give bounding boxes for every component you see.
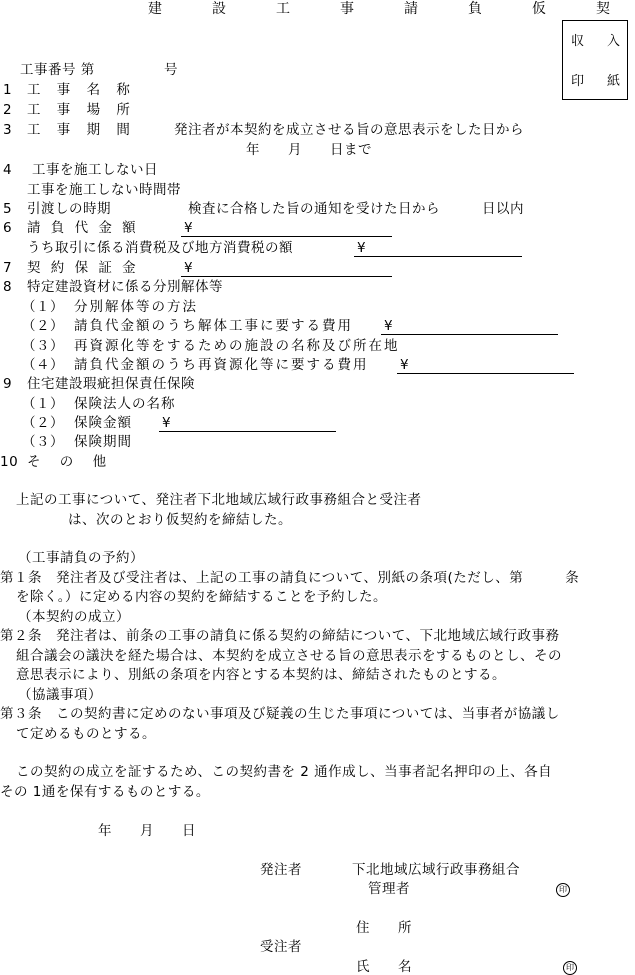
article-text: て定めるものとする。 [16, 728, 156, 742]
consumption-tax-field[interactable] [354, 256, 522, 257]
article-heading: （工事請負の予約） [18, 552, 144, 566]
orderer-title: 管理者 [368, 883, 410, 897]
address-label: 住 所 [356, 922, 412, 936]
orderer-label: 発注者 [260, 864, 302, 878]
article-label: 第２条 [0, 630, 42, 644]
yen-sign: ¥ [357, 242, 366, 256]
orderer-seal-icon: 印 [556, 883, 570, 897]
closing-line-1: この契約の成立を証するため、この契約書を 2 通作成し、当事者記名押印の上、各自 [16, 766, 552, 780]
yen-sign: ¥ [184, 222, 193, 236]
article-label: 第１条 [0, 572, 42, 586]
subitem-number: （１） [22, 301, 64, 315]
item-number: 7 [3, 262, 12, 276]
stamp-char: 紙 [607, 75, 620, 88]
item-label-other: そ の 他 [27, 456, 107, 470]
contract-date: 年 月 日 [98, 825, 196, 839]
revenue-stamp-box: 収 入 印 紙 [562, 20, 628, 100]
subitem-number: （３） [22, 340, 64, 354]
item-number: 4 [3, 164, 12, 178]
item-number: 9 [3, 378, 12, 392]
intro-line-1: 上記の工事について、発注者下北地域広域行政事務組合と受注者 [16, 494, 421, 508]
item-number: 3 [3, 124, 12, 138]
yen-sign: ¥ [184, 262, 193, 276]
closing-line-2: その 1通を保有するものとする。 [0, 786, 210, 800]
subitem-number: （１） [22, 398, 64, 412]
stamp-char: 印 [571, 75, 584, 88]
subitem-label: 請負代金額のうち再資源化等に要する費用 [74, 359, 369, 373]
subitem-label: 保険期間 [74, 436, 132, 450]
article-text: を除く。）に定める内容の契約を締結することを予約した。 [16, 591, 387, 605]
item-label-non-work-hours: 工事を施工しない時間帯 [27, 184, 181, 198]
item-label-demolition: 特定建設資材に係る分別解体等 [27, 281, 223, 295]
intro-line-2: は、次のとおり仮契約を締結した。 [68, 514, 292, 528]
work-number-prefix: 工事番号 第 [20, 64, 95, 78]
orderer-name: 下北地域広域行政事務組合 [352, 864, 520, 878]
contractor-label: 受注者 [260, 941, 302, 955]
work-period-end: 年 月 日まで [246, 144, 372, 158]
item-label-work-site: 工 事 場 所 [27, 104, 136, 118]
article-heading: （協議事項） [18, 689, 102, 703]
item-number: 2 [3, 104, 12, 118]
stamp-char: 入 [607, 35, 620, 48]
item-number: 10 [0, 456, 18, 470]
item-number: 6 [3, 222, 12, 236]
item-label-non-work-days: 工事を施工しない日 [32, 164, 158, 178]
article-heading: （本契約の成立） [18, 611, 130, 625]
yen-sign: ¥ [162, 417, 171, 431]
recycling-cost-field[interactable] [397, 373, 574, 374]
item-number: 1 [3, 84, 12, 98]
article-label: 第３条 [0, 708, 42, 722]
subitem-number: （２） [22, 320, 64, 334]
subitem-label: 保険金額 [74, 417, 132, 431]
item-label-consumption-tax: うち取引に係る消費税及び地方消費税の額 [27, 242, 293, 256]
article-text: 組合議会の議決を経た場合は、本契約を成立させる旨の意思表示をするものとし、その [16, 650, 562, 664]
article-text: 意思表示により、別紙の条項を内容とする本契約は、締結されたものとする。 [16, 669, 506, 683]
item-label-contract-amount: 請 負 代 金 額 [27, 222, 139, 236]
work-period-start: 発注者が本契約を成立させる旨の意思表示をした日から [174, 124, 524, 138]
work-number-suffix: 号 [164, 64, 178, 78]
article-text: 発注者及び受注者は、上記の工事の請負について、別紙の条項(ただし、第 条 [56, 572, 579, 586]
insurance-amount-field[interactable] [159, 431, 336, 432]
item-label-contract-deposit: 契 約 保 証 金 [27, 262, 139, 276]
item-label-delivery-time: 引渡しの時期 [27, 203, 111, 217]
item-label-defect-insurance: 住宅建設瑕疵担保責任保険 [27, 378, 195, 392]
item-number: 8 [3, 281, 12, 295]
item-number: 5 [3, 203, 12, 217]
yen-sign: ¥ [384, 320, 393, 334]
subitem-number: （２） [22, 417, 64, 431]
item-label-work-name: 工 事 名 称 [27, 84, 136, 98]
article-text: 発注者は、前条の工事の請負に係る契約の締結について、下北地域広域行政事務 [56, 630, 559, 644]
item-label-work-period: 工 事 期 間 [27, 124, 136, 138]
subitem-label: 保険法人の名称 [74, 398, 176, 412]
subitem-number: （４） [22, 359, 64, 373]
subitem-label: 請負代金額のうち解体工事に要する費用 [74, 320, 353, 334]
subitem-label: 分別解体等の方法 [74, 301, 198, 315]
demolition-cost-field[interactable] [381, 334, 558, 335]
delivery-time-value: 検査に合格した旨の通知を受けた日から 日以内 [188, 203, 524, 217]
name-label: 氏 名 [356, 961, 412, 975]
contract-amount-field[interactable] [181, 236, 392, 237]
contract-deposit-field[interactable] [181, 276, 392, 277]
document-title: 建 設 工 事 請 負 仮 契 約 書 [148, 2, 635, 16]
subitem-number: （３） [22, 436, 64, 450]
stamp-char: 収 [571, 35, 584, 48]
yen-sign: ¥ [400, 359, 409, 373]
contractor-seal-icon: 印 [563, 961, 577, 975]
article-text: この契約書に定めのない事項及び疑義の生じた事項については、当事者が協議し [56, 708, 560, 722]
subitem-label: 再資源化等をするための施設の名称及び所在地 [74, 340, 400, 354]
